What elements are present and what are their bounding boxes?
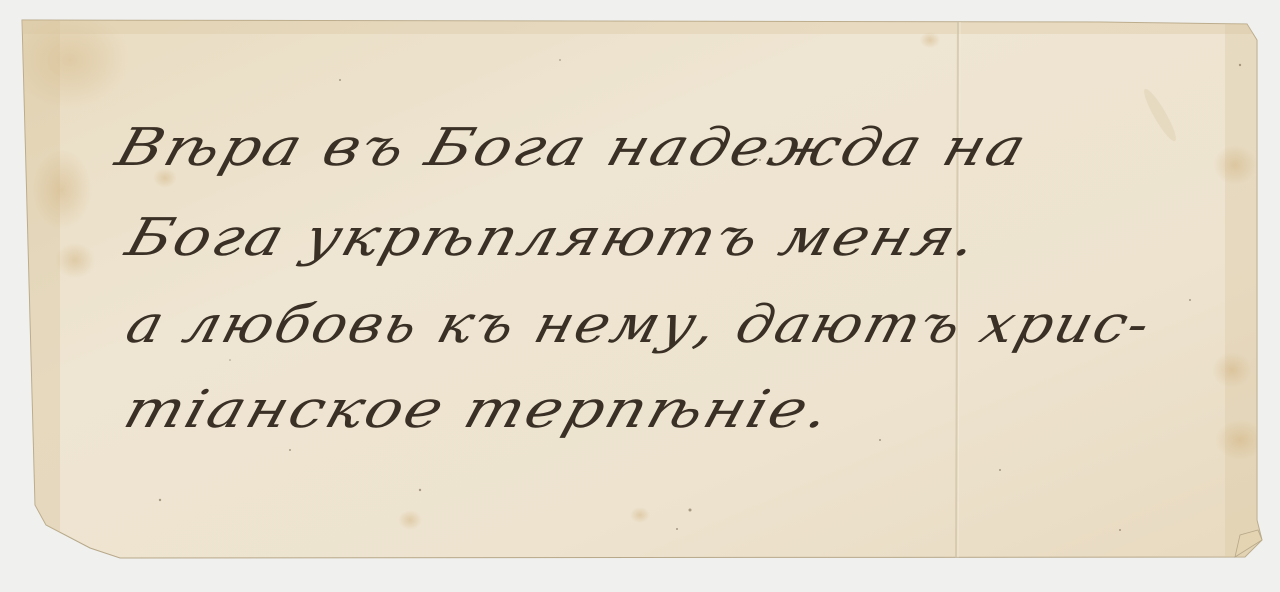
photo-stage: Вѣра въ Бога надежда на Бога укрѣпляютъ … (0, 0, 1280, 592)
handwriting-line-3: а любовь къ нему, даютъ хрис- (120, 295, 1159, 355)
handwriting-line-1: Вѣра въ Бога надежда на (109, 118, 1035, 178)
handwriting-line-4: тіанское терпѣніе. (117, 380, 839, 440)
handwriting-line-2: Бога укрѣпляютъ меня. (119, 208, 986, 268)
handwritten-text: Вѣра въ Бога надежда на Бога укрѣпляютъ … (0, 0, 1280, 592)
